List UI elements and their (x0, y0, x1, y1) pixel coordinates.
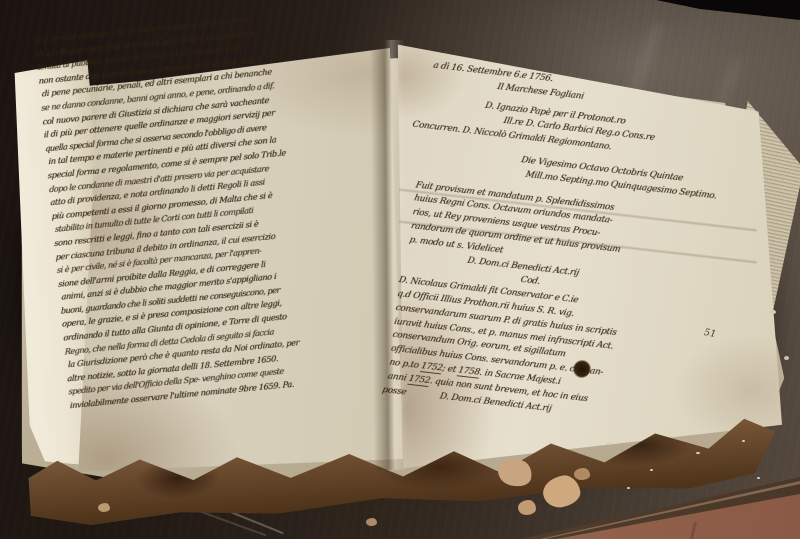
underlined-year: 1758 (457, 365, 481, 378)
right-page-text-block: a dì 16. Settembre 6.e 1756. Il Marchese… (381, 58, 750, 435)
dust-speck (742, 440, 745, 442)
paper-fragment (784, 356, 789, 360)
left-page-text-block: si è servita ordinare che in tutte le ma… (34, 8, 341, 413)
paper-fragment (518, 500, 536, 515)
paper-fragment (574, 468, 590, 480)
dust-speck (696, 452, 700, 454)
dust-speck (650, 469, 653, 471)
dust-speck (757, 477, 760, 479)
posse-word: posse (381, 384, 408, 400)
folio-number: 51 (703, 327, 717, 340)
dust-speck (606, 442, 611, 445)
paper-fragment (98, 503, 110, 512)
photo-of-open-manuscript: si è servita ordinare che in tutte le ma… (0, 0, 800, 539)
anni-line-text: anni (387, 371, 410, 383)
underlined-year: 1752 (407, 374, 431, 387)
year-line-text: no p.to (388, 358, 422, 371)
underlined-year: 1752 (420, 361, 444, 374)
paper-fragment (770, 310, 776, 314)
paper-fragment (366, 518, 377, 526)
dust-speck (627, 487, 630, 489)
